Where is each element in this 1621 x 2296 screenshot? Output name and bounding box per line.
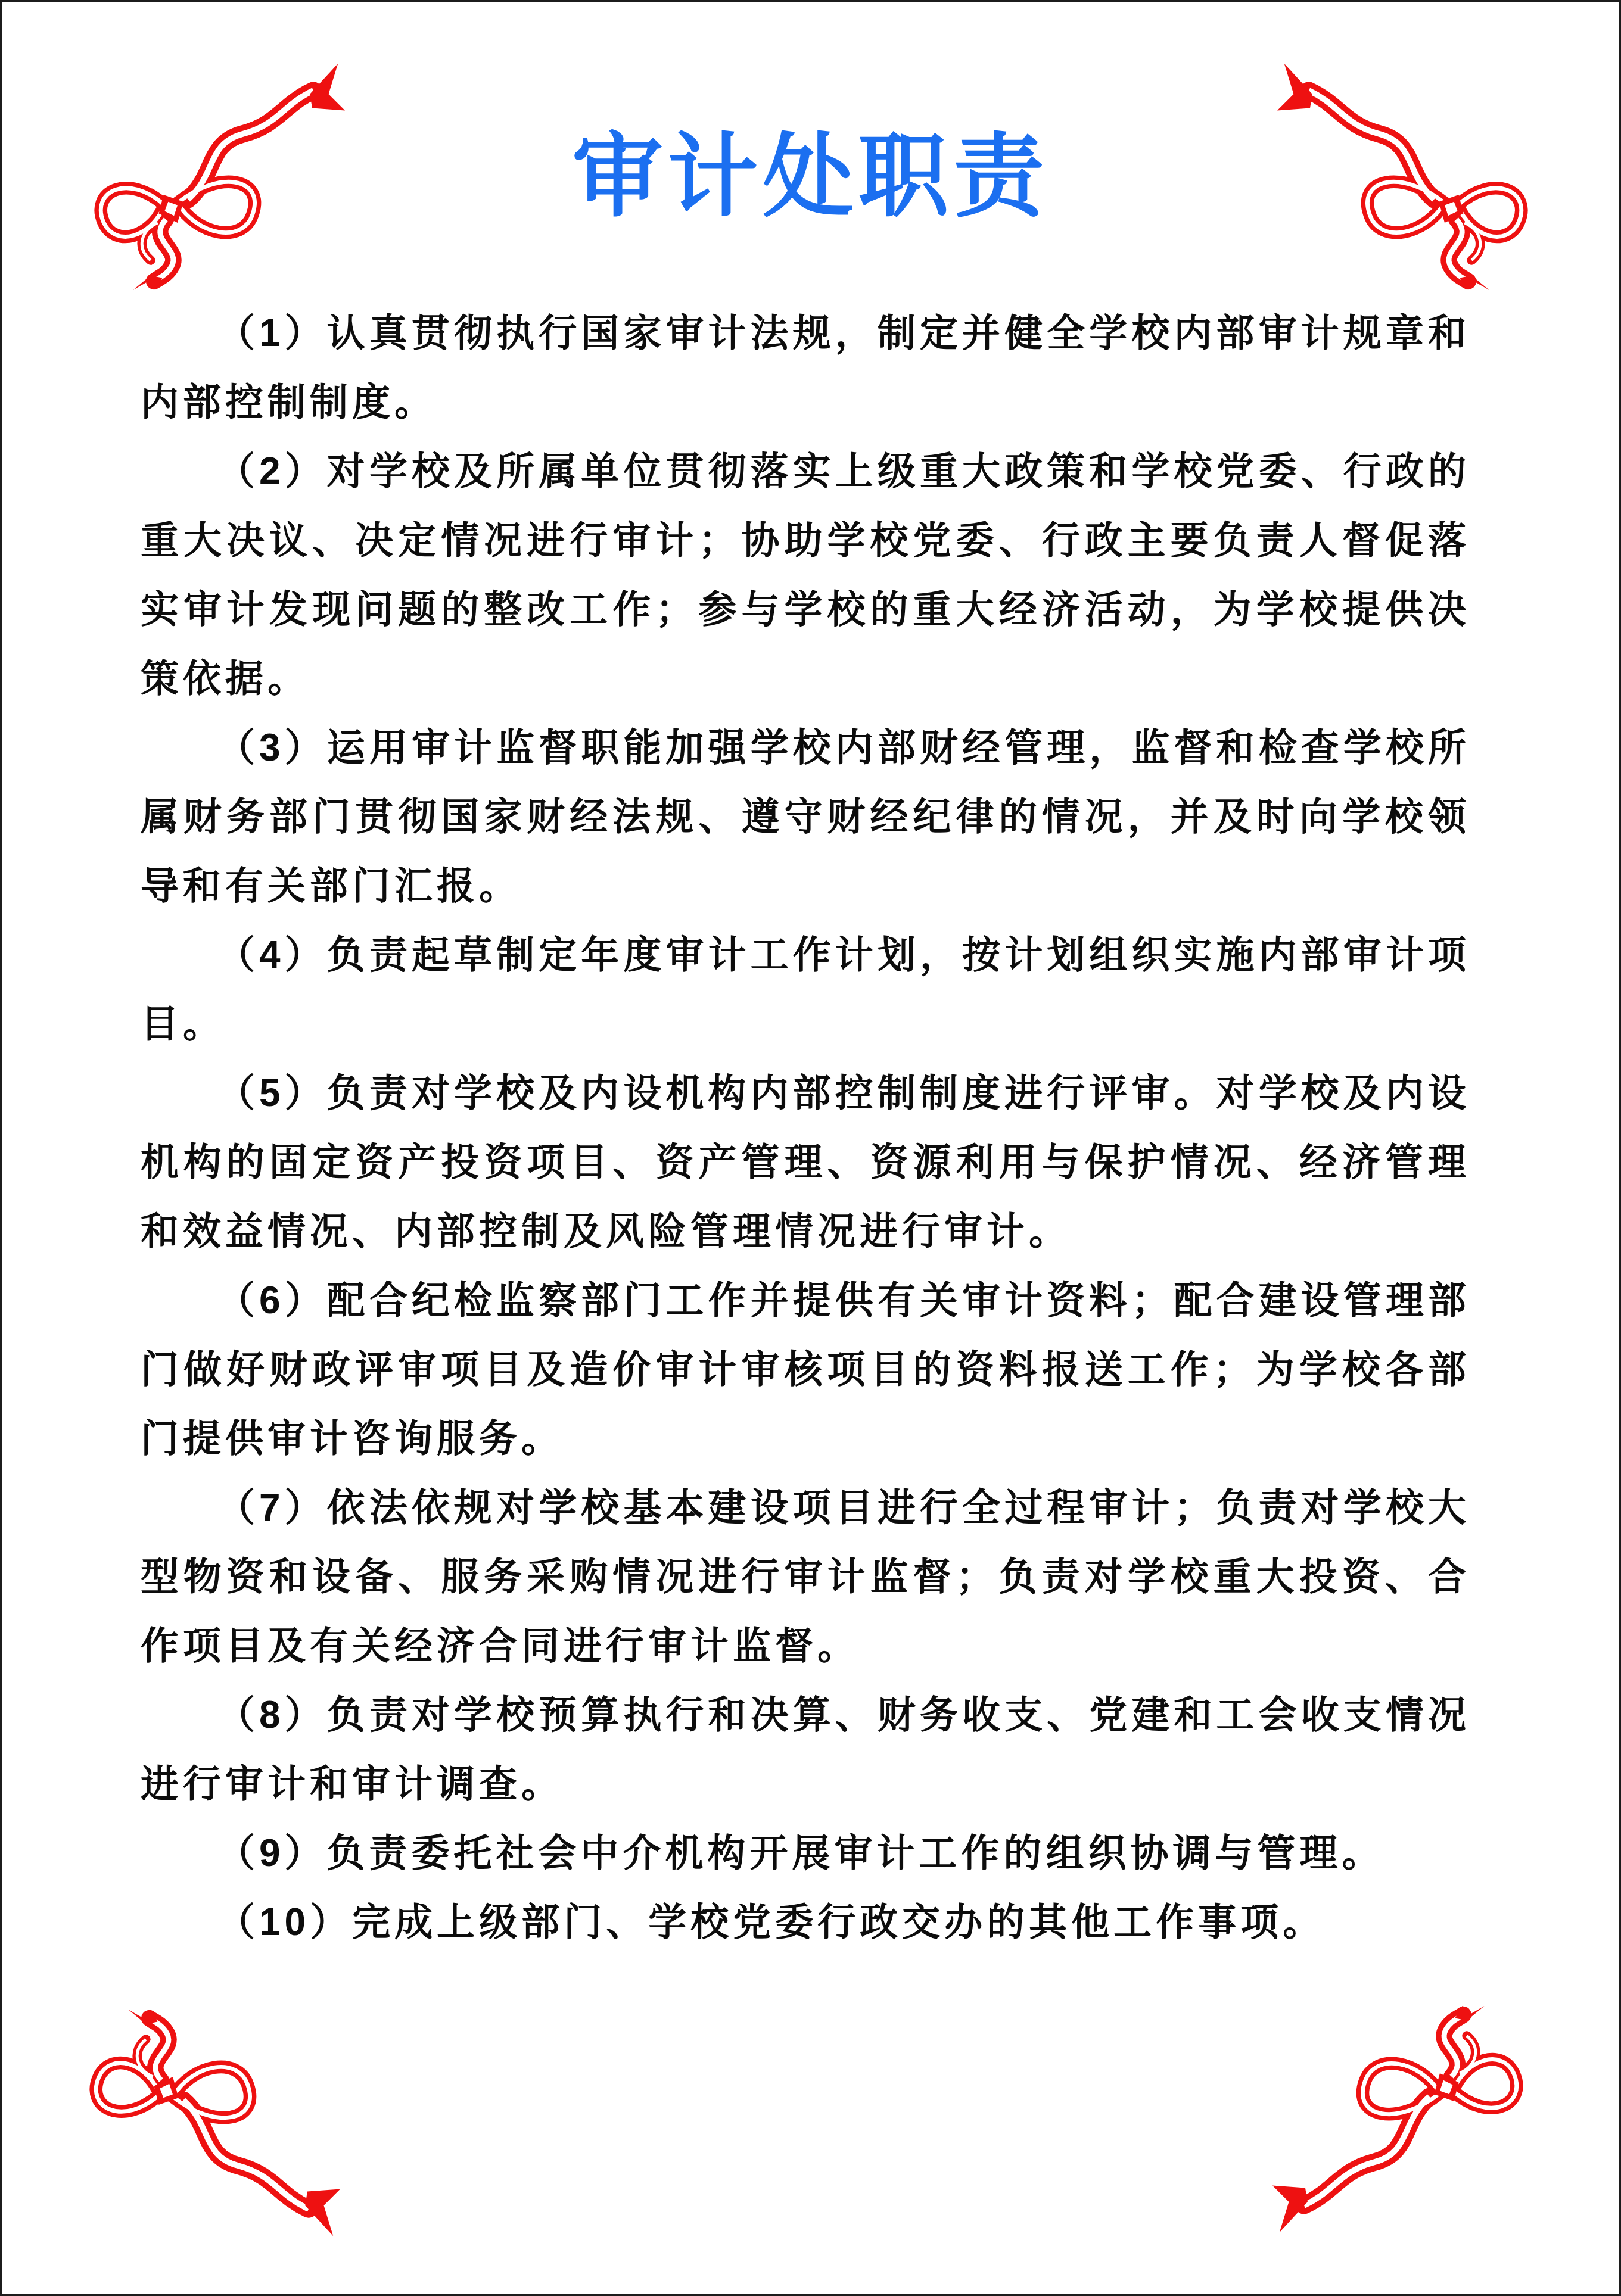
duty-item-5: （5）负责对学校及内设机构内部控制制度进行评审。对学校及内设机构的固定资产投资项… xyxy=(141,1058,1470,1266)
ribbon-bow-icon-bottom-right xyxy=(1271,2004,1541,2237)
duty-item-1: （1）认真贯彻执行国家审计法规，制定并健全学校内部审计规章和内部控制制度。 xyxy=(141,298,1470,437)
duty-item-4: （4）负责起草制定年度审计工作计划，按计划组织实施内部审计项目。 xyxy=(141,920,1470,1058)
duty-item-2: （2）对学校及所属单位贯彻落实上级重大政策和学校党委、行政的重大决议、决定情况进… xyxy=(141,437,1470,713)
duty-item-10: （10）完成上级部门、学校党委行政交办的其他工作事项。 xyxy=(141,1887,1470,1957)
duty-item-7: （7）依法依规对学校基本建设项目进行全过程审计；负责对学校大型物资和设备、服务采… xyxy=(141,1473,1470,1680)
ribbon-bow-icon-bottom-left xyxy=(72,2007,341,2241)
page-title: 审计处职责 xyxy=(2,104,1619,234)
duty-item-3: （3）运用审计监督职能加强学校内部财经管理，监督和检查学校所属财务部门贯彻国家财… xyxy=(141,713,1470,920)
duty-item-8: （8）负责对学校预算执行和决算、财务收支、党建和工会收支情况进行审计和审计调查。 xyxy=(141,1680,1470,1818)
duty-item-6: （6）配合纪检监察部门工作并提供有关审计资料；配合建设管理部门做好财政评审项目及… xyxy=(141,1266,1470,1473)
duty-item-9: （9）负责委托社会中介机构开展审计工作的组织协调与管理。 xyxy=(141,1818,1470,1887)
duties-list: （1）认真贯彻执行国家审计法规，制定并健全学校内部审计规章和内部控制制度。 （2… xyxy=(141,298,1470,1957)
document-page: 审计处职责 （1）认真贯彻执行国家审计法规，制定并健全学校内部审计规章和内部控制… xyxy=(0,0,1621,2296)
